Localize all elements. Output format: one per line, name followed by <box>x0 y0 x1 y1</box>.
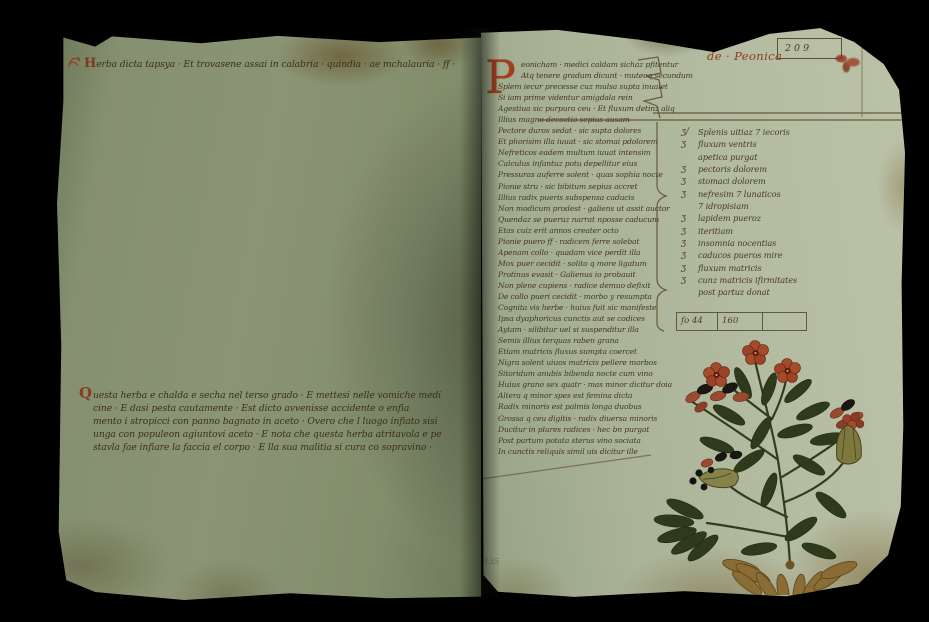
margin-entry-text: iteritiam <box>698 225 733 237</box>
left-page: Herba dicta tapsya · Et trovasene assai … <box>57 33 481 600</box>
capsule-left <box>689 467 738 491</box>
left-heading: Herba dicta tapsya · Et trovasene assai … <box>67 55 455 71</box>
margin-entry-text: lapidem pueroz <box>698 212 761 224</box>
verse-line: Nefreticos eadem multum iuuat intensim <box>498 147 693 158</box>
margin-entry-text: fluxum matricis <box>698 262 762 274</box>
dram-symbol: ʒ <box>681 237 698 249</box>
verse-line: Huius grano sex quatr · mas minor dicitu… <box>498 379 693 390</box>
verse-line: Splem iecur precesse cuz mulsa supta inu… <box>498 81 693 92</box>
flower-right <box>775 359 801 383</box>
margin-entry-text: apetica purgat <box>698 151 757 163</box>
margin-entry: apetica purgat <box>681 151 797 163</box>
flower-center <box>743 341 769 365</box>
root-tubers <box>721 556 859 595</box>
margin-entry-text: stomaci dolorem <box>698 175 766 187</box>
margin-entry: ʒstomaci dolorem <box>681 175 797 187</box>
margin-entry-text: cunz matricis ifirmitates <box>698 274 797 286</box>
verse-line: Pionie puero ff · radicem ferre solebat <box>498 236 693 247</box>
margin-entry: ʒfluxum matricis <box>681 262 797 274</box>
paragraph-line: uesta herba e chalda e secha nel terso g… <box>93 389 442 402</box>
verse-line: Ducitur in plures radices · hec bn purga… <box>498 424 693 435</box>
verse-line: Etas cuiz erit annos creater octo <box>498 225 693 236</box>
margin-entry: post partuz donat <box>681 286 797 298</box>
right-page: 209 de · Peonica P eonicham · medici cal… <box>481 27 905 598</box>
verse-line: Semis illius terquas raben grana <box>498 335 693 346</box>
verse-line: Protinus evasit · Galienus io probauit <box>498 269 693 280</box>
dram-symbol <box>681 286 698 298</box>
dram-symbol: ʒ <box>681 274 698 286</box>
margin-entry: ʒcunz matricis ifirmitates <box>681 274 797 286</box>
folio-number: 209 <box>785 43 812 54</box>
paragraph-line: stavla fae infiare la faccia el corpo · … <box>93 441 442 454</box>
heading-initial: H <box>84 56 96 71</box>
dram-symbol: ʒ <box>681 175 698 187</box>
verse-line: Apenam collo · quadam vice perdit illa <box>498 247 693 258</box>
seeds-mid-left <box>700 450 743 468</box>
margin-entry: ʒcaducos pueros mire <box>681 249 797 261</box>
margin-entry: ʒnefresim 7 lunaticos <box>681 188 797 200</box>
margin-entry-text: caducos pueros mire <box>698 249 783 261</box>
red-ink-ornament <box>831 49 865 73</box>
verse-line: Non modicum prodest · galiens ut assit a… <box>498 203 693 214</box>
verse-line: Etiam matricis fluxus sumpta coercet <box>498 346 693 357</box>
margin-entry: ʒiteritiam <box>681 225 797 237</box>
verse-line: eonicham · medici caldam sichaz pfitentu… <box>521 59 693 70</box>
dram-symbol: ʒ <box>681 225 698 237</box>
main-text-column: eonicham · medici caldam sichaz pfitentu… <box>498 59 693 457</box>
verse-line: Non plene cupiens · radice demuo defixit <box>498 280 693 291</box>
margin-entry: ʒfluxum ventris <box>681 138 797 150</box>
margin-entry-text: 7 idropisiam <box>698 200 749 212</box>
verse-line: Cognita vis herbe · huius fuit sic manif… <box>498 302 693 313</box>
verse-line: Post partum potata sterus vino sociata <box>498 435 693 446</box>
margin-entry: ʒlapidem pueroz <box>681 212 797 224</box>
dram-symbol <box>681 200 698 212</box>
reference-cell <box>763 313 807 330</box>
chapter-heading: de · Peonica <box>707 49 782 63</box>
flowers <box>704 341 801 387</box>
verse-line: Illius magno decoctio sepius ausam <box>498 114 693 125</box>
manuscript-photo: Herba dicta tapsya · Et trovasene assai … <box>0 0 929 622</box>
verse-line: Pressuras auferre solent · quas sophia n… <box>498 169 693 180</box>
verse-line: Quendaz se pueruz narrat nposse caducum <box>498 214 693 225</box>
verse-line: Mox puer cecidit · solito q more ligatum <box>498 258 693 269</box>
dram-symbol: ʒ <box>681 212 698 224</box>
verse-line: Et phorisim illa iuuat · sic stomai pdol… <box>498 136 693 147</box>
dram-symbol: ʒ <box>681 262 698 274</box>
margin-entry-text: nefresim 7 lunaticos <box>698 188 781 200</box>
verse-line: Pionie stru · sic bibitum sepius accret <box>498 181 693 192</box>
seed-pods-right <box>828 397 864 430</box>
paraph-flourish-icon <box>67 55 83 69</box>
margin-entry: ʒinsomnia nocentias <box>681 237 797 249</box>
capsule-right <box>837 413 864 465</box>
verse-line: Radix minoris est palmis longa duobus <box>498 401 693 412</box>
left-paragraph: Q uesta herba e chalda e secha nel terso… <box>93 389 442 454</box>
verse-line: Agestiua sic purpura ceu · Et fluxum det… <box>498 103 693 114</box>
margin-entry-text: post partuz donat <box>698 286 770 298</box>
verse-line: Sitoridum anubis bibenda nocte cum vino <box>498 368 693 379</box>
reference-cell: 160 <box>718 313 763 330</box>
paragraph-line: cine · E dasi pesta cautamente · Est dic… <box>93 402 442 415</box>
dram-symbol: ʒ <box>681 188 698 200</box>
verse-line: Pectore duros sedat · sic supta dolores <box>498 125 693 136</box>
verse-line: Calculus infantuz potu depellitur eius <box>498 158 693 169</box>
verse-line: De collo pueri cecidit · morbo y resumpt… <box>498 291 693 302</box>
dram-symbol <box>681 151 698 163</box>
faint-folio-mark: 135 <box>484 557 499 566</box>
reference-box: fo 44160 <box>676 312 807 331</box>
verse-line: Aytam · silibitur uel si suspenditur ill… <box>498 324 693 335</box>
dram-symbol: ʒ <box>681 163 698 175</box>
verse-line: In cunctis reliquis simil uis dicitur il… <box>498 446 693 457</box>
margin-entry-text: pectoris dolorem <box>698 163 767 175</box>
plant-stems <box>691 361 857 565</box>
reference-cell: fo 44 <box>677 313 718 330</box>
verse-line: Altera q minor spes est femina dicta <box>498 390 693 401</box>
paragraph-initial: Q <box>79 387 92 400</box>
verse-line: Grossa q ceu digitis · radix diuersa min… <box>498 413 693 424</box>
verse-line: Ipsa dyaphoricus cunctis aut se codices <box>498 313 693 324</box>
dram-symbol: ʒ <box>681 138 698 150</box>
verse-line: Atq tenere gradum dicunt · muteoq secund… <box>521 70 693 81</box>
margin-entry-text: insomnia nocentias <box>698 237 776 249</box>
dram-symbol: ʒ/ <box>681 126 698 138</box>
verse-line: Nigra solent uiuos matricis pellere morb… <box>498 357 693 368</box>
margin-entry-text: fluxum ventris <box>698 138 757 150</box>
verse-line: Si iam prime videntur amigdala rein <box>498 92 693 103</box>
paragraph-line: unga con populeon agiuntovi aceto · E no… <box>93 428 442 441</box>
seed-pods-left <box>684 381 750 415</box>
heading-text: erba dicta tapsya · Et trovasene assai i… <box>96 59 455 70</box>
margin-index-list: ʒ/Splenis uitiaz 7 iecorisʒfluxum ventri… <box>681 126 797 299</box>
flower-left <box>704 363 730 387</box>
margin-entry-text: Splenis uitiaz 7 iecoris <box>698 126 790 138</box>
margin-entry: ʒpectoris dolorem <box>681 163 797 175</box>
margin-entry: ʒ/Splenis uitiaz 7 iecoris <box>681 126 797 138</box>
paragraph-line: mento i stropicci con panno bagnato in a… <box>93 415 442 428</box>
verse-line: Illius radix pueris subspensa caducis <box>498 192 693 203</box>
dram-symbol: ʒ <box>681 249 698 261</box>
margin-entry: 7 idropisiam <box>681 200 797 212</box>
